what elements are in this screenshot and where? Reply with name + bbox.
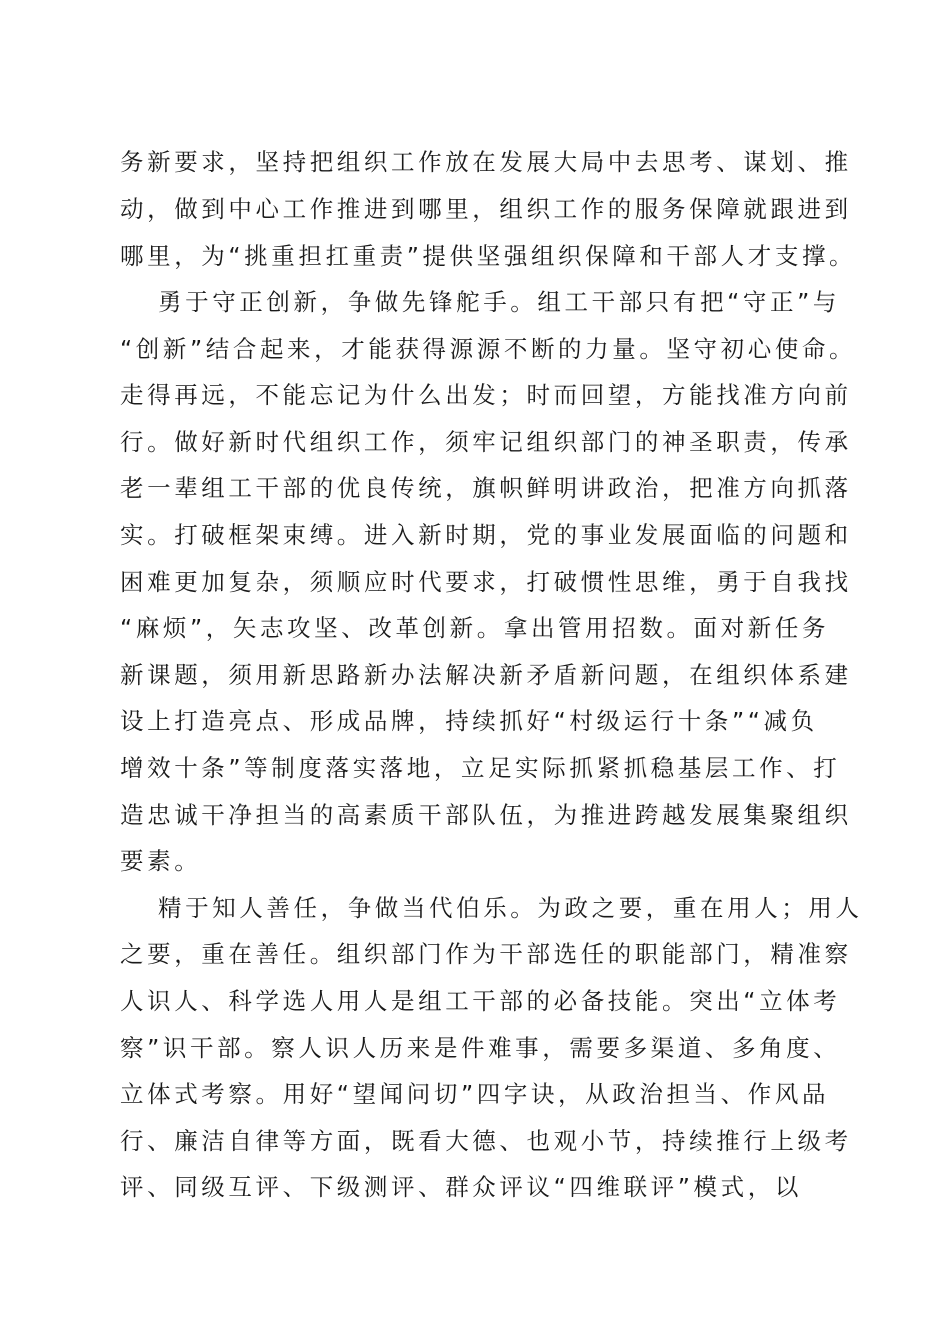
text-line: 人识人、科学选人用人是组工干部的必备技能。突出“立体考 [120,985,840,1017]
text-line: 走得再远，不能忘记为什么出发；时而回望，方能找准方向前 [120,379,840,411]
text-line: “创新”结合起来，才能获得源源不断的力量。坚守初心使命。 [120,333,840,365]
text-line: 增效十条”等制度落实落地，立足实际抓紧抓稳基层工作、打 [120,752,840,784]
text-line: 困难更加复杂，须顺应时代要求，打破惯性思维，勇于自我找 [120,566,840,598]
document-page: 务新要求，坚持把组织工作放在发展大局中去思考、谋划、推 动，做到中心工作推进到哪… [0,0,950,1344]
paragraph-heading-line: 精于知人善任，争做当代伯乐。为政之要，重在用人；用人 [158,892,878,924]
text-line: 造忠诚干净担当的高素质干部队伍，为推进跨越发展集聚组织 [120,799,840,831]
text-line: 老一辈组工干部的优良传统，旗帜鲜明讲政治，把准方向抓落 [120,472,840,504]
text-line: 动，做到中心工作推进到哪里，组织工作的服务保障就跟进到 [120,193,840,225]
paragraph-heading-line: 勇于守正创新，争做先锋舵手。组工干部只有把“守正”与 [158,286,878,318]
text-line: 设上打造亮点、形成品牌，持续抓好“村级运行十条”“减负 [120,705,840,737]
text-line: 评、同级互评、下级测评、群众评议“四维联评”模式，以 [120,1171,840,1203]
text-line: 察”识干部。察人识人历来是件难事，需要多渠道、多角度、 [120,1032,840,1064]
text-line: 实。打破框架束缚。进入新时期，党的事业发展面临的问题和 [120,519,840,551]
text-line: 务新要求，坚持把组织工作放在发展大局中去思考、谋划、推 [120,146,840,178]
text-line: 立体式考察。用好“望闻问切”四字诀，从政治担当、作风品 [120,1078,840,1110]
text-line: 之要，重在善任。组织部门作为干部选任的职能部门，精准察 [120,938,840,970]
text-line: 哪里，为“挑重担扛重责”提供坚强组织保障和干部人才支撑。 [120,240,840,272]
text-line: “麻烦”，矢志攻坚、改革创新。拿出管用招数。面对新任务 [120,612,840,644]
text-line: 新课题，须用新思路新办法解决新矛盾新问题，在组织体系建 [120,659,840,691]
text-line: 行。做好新时代组织工作，须牢记组织部门的神圣职责，传承 [120,426,840,458]
text-line: 行、廉洁自律等方面，既看大德、也观小节，持续推行上级考 [120,1125,840,1157]
text-line: 要素。 [120,845,840,877]
